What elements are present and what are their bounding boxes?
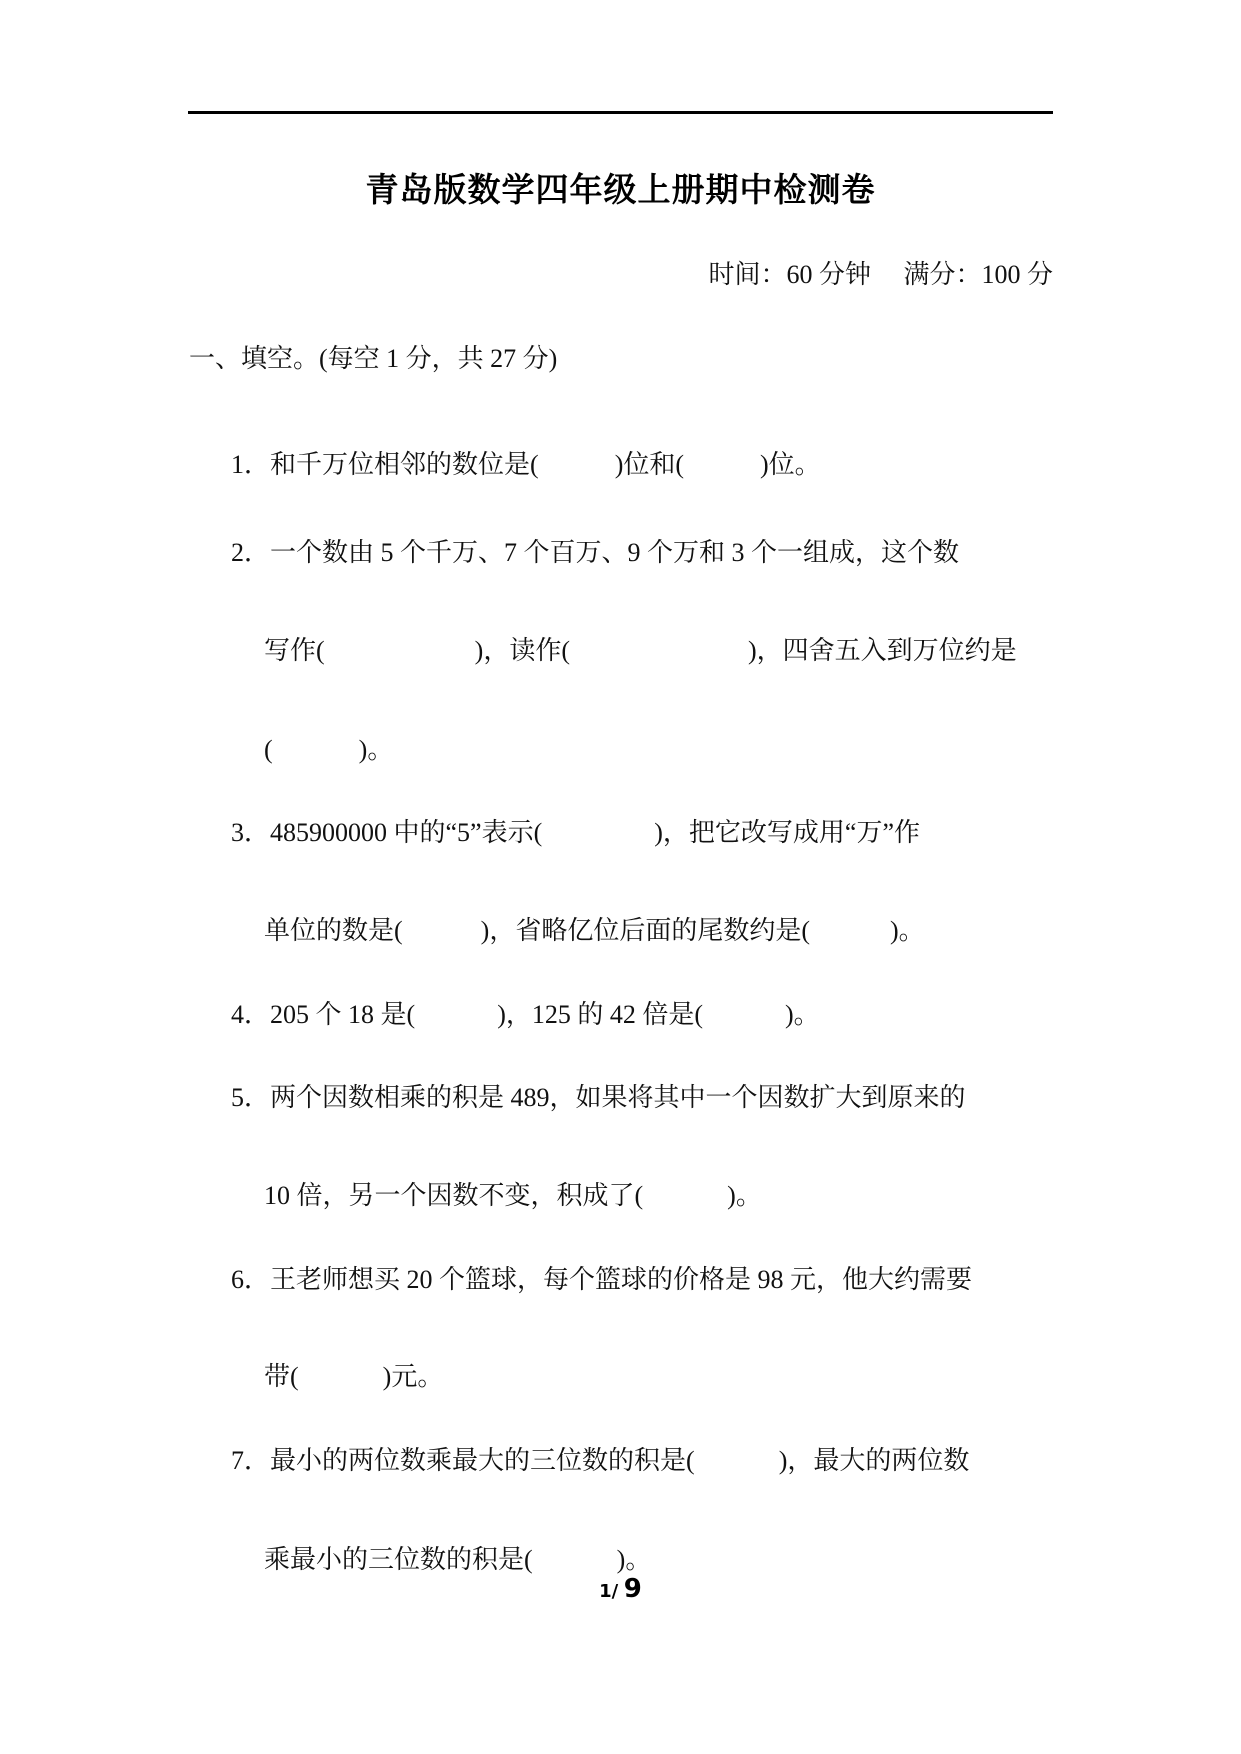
question-number: 5． <box>231 1082 270 1114</box>
question-text: 王老师想买 20 个篮球，每个篮球的价格是 98 元，他大约需要 <box>270 1265 972 1294</box>
question-number: 6． <box>231 1264 270 1296</box>
question-text: )。 <box>785 1000 820 1029</box>
question-3-line-1: 3．485900000 中的“5”表示()，把它改写成用“万”作 <box>218 785 920 849</box>
question-7-line-1: 7．最小的两位数乘最大的三位数的积是()，最大的两位数 <box>218 1413 969 1477</box>
answer-blank[interactable] <box>570 639 748 667</box>
question-text: 10 倍，另一个因数不变，积成了( <box>264 1181 643 1210</box>
question-text: ( <box>264 735 273 764</box>
question-5-line-1: 5．两个因数相乘的积是 489，如果将其中一个因数扩大到原来的 <box>218 1050 966 1114</box>
question-2-line-2: 写作()，读作()，四舍五入到万位约是 <box>251 603 1017 667</box>
question-number: 2． <box>231 537 270 569</box>
page-title: 青岛版数学四年级上册期中检测卷 <box>0 164 1241 211</box>
question-text: )，读作( <box>475 636 570 665</box>
question-2-line-3: ()。 <box>251 702 393 766</box>
question-text: )。 <box>359 735 394 764</box>
page-current: 1 <box>599 1581 612 1602</box>
question-text: 两个因数相乘的积是 489，如果将其中一个因数扩大到原来的 <box>270 1083 966 1112</box>
answer-blank[interactable] <box>643 1184 727 1212</box>
question-text: )，四舍五入到万位约是 <box>748 636 1017 665</box>
question-text: 和千万位相邻的数位是( <box>270 450 539 479</box>
exam-time-score: 时间：60 分钟 满分：100 分 <box>708 254 1053 291</box>
question-7-line-2: 乘最小的三位数的积是()。 <box>251 1512 651 1576</box>
question-2-line-1: 2．一个数由 5 个千万、7 个百万、9 个万和 3 个一组成，这个数 <box>218 505 959 569</box>
question-text: 一个数由 5 个千万、7 个百万、9 个万和 3 个一组成，这个数 <box>270 538 959 567</box>
answer-blank[interactable] <box>273 738 359 766</box>
question-number: 4． <box>231 999 270 1031</box>
question-text: 写作( <box>264 636 325 665</box>
question-6-line-1: 6．王老师想买 20 个篮球，每个篮球的价格是 98 元，他大约需要 <box>218 1232 972 1296</box>
question-text: 带( <box>264 1362 299 1391</box>
section-heading: 一、填空。(每空 1 分，共 27 分) <box>189 338 557 375</box>
page-separator: / <box>612 1581 619 1602</box>
question-number: 7． <box>231 1445 270 1477</box>
question-1: 1．和千万位相邻的数位是()位和()位。 <box>218 417 821 481</box>
answer-blank[interactable] <box>299 1365 383 1393</box>
answer-blank[interactable] <box>325 639 475 667</box>
question-text: )元。 <box>383 1362 444 1391</box>
page-total: 9 <box>624 1574 642 1604</box>
answer-blank[interactable] <box>533 1548 617 1576</box>
answer-blank[interactable] <box>810 919 890 947</box>
question-text: )，省略亿位后面的尾数约是( <box>481 916 810 945</box>
question-text: 205 个 18 是( <box>270 1000 415 1029</box>
question-text: )，把它改写成用“万”作 <box>654 818 920 847</box>
answer-blank[interactable] <box>542 821 654 849</box>
answer-blank[interactable] <box>695 1449 779 1477</box>
page-number: 1/ 9 <box>0 1574 1241 1604</box>
question-text: )，最大的两位数 <box>779 1446 970 1475</box>
question-text: 单位的数是( <box>264 916 403 945</box>
question-text: )位。 <box>760 450 821 479</box>
question-3-line-2: 单位的数是()，省略亿位后面的尾数约是()。 <box>251 883 925 947</box>
question-number: 1． <box>231 449 270 481</box>
answer-blank[interactable] <box>539 453 615 481</box>
question-text: )，125 的 42 倍是( <box>497 1000 703 1029</box>
answer-blank[interactable] <box>415 1003 497 1031</box>
question-text: 乘最小的三位数的积是( <box>264 1545 533 1574</box>
header-rule <box>188 111 1053 114</box>
question-4: 4．205 个 18 是()，125 的 42 倍是()。 <box>218 967 820 1031</box>
answer-blank[interactable] <box>403 919 481 947</box>
answer-blank[interactable] <box>684 453 760 481</box>
question-text: )位和( <box>615 450 684 479</box>
question-5-line-2: 10 倍，另一个因数不变，积成了()。 <box>251 1148 762 1212</box>
question-text: )。 <box>727 1181 762 1210</box>
question-text: 485900000 中的“5”表示( <box>270 818 542 847</box>
question-6-line-2: 带()元。 <box>251 1329 443 1393</box>
question-text: )。 <box>890 916 925 945</box>
answer-blank[interactable] <box>703 1003 785 1031</box>
question-text: 最小的两位数乘最大的三位数的积是( <box>270 1446 695 1475</box>
question-text: )。 <box>617 1545 652 1574</box>
question-number: 3． <box>231 817 270 849</box>
